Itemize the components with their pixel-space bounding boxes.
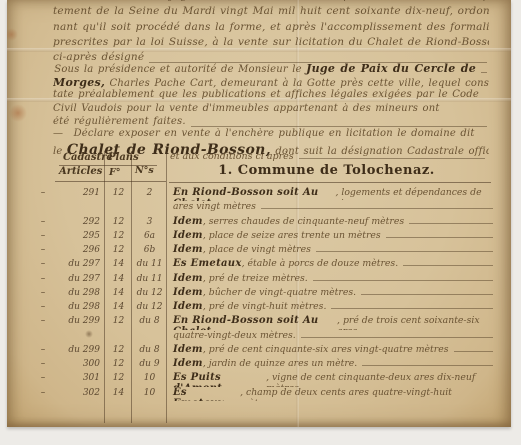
handwritten-text: Idem bbox=[173, 244, 203, 255]
table-row: –du 29714du 11Es Emetaux, étable à porcs… bbox=[31, 258, 495, 272]
numero-cell: 2 bbox=[132, 188, 167, 198]
table-row: quatre-vingt-deux mètres. bbox=[31, 330, 495, 344]
header-rule bbox=[59, 165, 157, 166]
cadastre-parcel-table: –291122En Riond-Bosson soit Au Chalet, l… bbox=[31, 187, 495, 401]
parcel-description: Es Emetaux, étable à porcs de douze mètr… bbox=[167, 258, 495, 269]
folio-cell: 12 bbox=[105, 188, 132, 198]
ruled-filler-line bbox=[386, 237, 493, 238]
ruled-filler-line bbox=[481, 72, 487, 73]
table-row: –du 29814du 12Idem, bûcher de vingt-quat… bbox=[31, 287, 495, 301]
article-number-cell: 301 bbox=[55, 373, 105, 383]
handwritten-text: , bûcher de vingt-quatre mètres. bbox=[203, 287, 356, 298]
margin-dash: – bbox=[31, 288, 55, 298]
handwritten-text: Es Puits d'Amont bbox=[173, 372, 266, 386]
handwritten-text: nant qu'il soit procédé dans la forme, e… bbox=[53, 21, 489, 33]
folio-cell: 14 bbox=[105, 388, 132, 398]
ruled-filler-line bbox=[301, 337, 493, 338]
article-number-cell: 291 bbox=[55, 188, 105, 198]
margin-dash: – bbox=[31, 302, 55, 312]
handwritten-text: Idem bbox=[173, 358, 203, 369]
handwritten-text: Idem bbox=[173, 273, 203, 284]
numero-cell: 10 bbox=[132, 388, 167, 398]
parcel-description: Idem, pré de vingt-huit mètres. bbox=[167, 301, 495, 312]
article-number-cell: du 297 bbox=[55, 274, 105, 284]
section-title-underline bbox=[169, 182, 491, 183]
parcel-description: Idem, serres chaudes de cinquante-neuf m… bbox=[167, 216, 495, 227]
handwritten-text: En exécution du jugement du Tribunal Civ… bbox=[74, 0, 489, 2]
handwritten-text: quatre-vingt-deux mètres. bbox=[173, 330, 296, 341]
handwritten-text: Charles Pache Cart, demeurant à la Gotte… bbox=[105, 78, 489, 89]
handwritten-text: , logements et dépendances de cinq bbox=[335, 187, 482, 201]
parcel-description: Idem, pré de treize mètres. bbox=[167, 273, 495, 284]
parcel-description: Idem, jardin de quinze ares un mètre. bbox=[167, 358, 495, 369]
handwritten-text: tate préalablement que les publications … bbox=[53, 89, 479, 100]
table-row: –du 29814du 12Idem, pré de vingt-huit mè… bbox=[31, 301, 495, 315]
judgment-paragraph: — En exécution du jugement du Tribunal C… bbox=[53, 0, 489, 66]
parcel-description: Idem, pré de cent cinquante-six ares vin… bbox=[167, 344, 495, 355]
presidence-paragraph: Sous la présidence et autorité de Monsie… bbox=[53, 62, 489, 130]
ruled-filler-line bbox=[361, 294, 493, 295]
article-number-cell: 295 bbox=[55, 231, 105, 241]
margin-dash: – bbox=[31, 388, 55, 398]
folio-cell: 14 bbox=[105, 259, 132, 269]
handwritten-text: , pré de trois cent soixante-six ares bbox=[337, 315, 482, 329]
handwritten-text: , pré de treize mètres. bbox=[203, 273, 308, 284]
table-row: –3021410Es Emetaux, champ de deux cents … bbox=[31, 387, 495, 401]
margin-dash: – bbox=[31, 245, 55, 255]
ruled-filler-line bbox=[454, 351, 494, 352]
handwritten-text: tement de la Seine du Mardi vingt Mai mi… bbox=[53, 5, 489, 17]
ink-stain bbox=[9, 104, 27, 122]
handwritten-text: En Riond-Bosson soit Au Chalet bbox=[173, 315, 337, 329]
handwritten-text: , pré de cent cinquante-six ares vingt-q… bbox=[203, 344, 449, 355]
handwritten-text: été régulièrement faites. bbox=[53, 116, 186, 127]
ruled-filler-line bbox=[409, 223, 493, 224]
table-row: –30012du 9Idem, jardin de quinze ares un… bbox=[31, 358, 495, 372]
handwritten-text: En Riond-Bosson soit Au Chalet bbox=[173, 187, 335, 201]
paper-sheet: — En exécution du jugement du Tribunal C… bbox=[7, 0, 511, 427]
parcel-description: Idem, bûcher de vingt-quatre mètres. bbox=[167, 287, 495, 298]
handwritten-text: Idem bbox=[173, 344, 203, 355]
table-row: –291122En Riond-Bosson soit Au Chalet, l… bbox=[31, 187, 495, 201]
numero-cell: 10 bbox=[132, 373, 167, 383]
margin-dash: – bbox=[31, 316, 55, 326]
folio-cell: 14 bbox=[105, 274, 132, 284]
margin-dash: – bbox=[31, 217, 55, 227]
table-row: –du 29714du 11Idem, pré de treize mètres… bbox=[31, 273, 495, 287]
ruled-filler-line bbox=[191, 126, 487, 127]
handwritten-text: Es Emetaux bbox=[173, 258, 242, 269]
header-rule bbox=[55, 181, 166, 182]
table-row: –3011210Es Puits d'Amont, vigne de cent … bbox=[31, 372, 495, 386]
handwritten-text: Sous la présidence et autorité de Monsie… bbox=[54, 64, 306, 75]
table-row: –296126bIdem, place de vingt mètres bbox=[31, 244, 495, 258]
parcel-description: Idem, place de seize ares trente un mètr… bbox=[167, 230, 495, 241]
table-row: –du 29912du 8En Riond-Bosson soit Au Cha… bbox=[31, 315, 495, 329]
parcel-description: Es Emetaux, champ de deux cents ares qua… bbox=[167, 387, 495, 401]
folio-cell: 12 bbox=[105, 245, 132, 255]
handwritten-text: , pré de vingt-huit mètres. bbox=[203, 301, 327, 312]
handwritten-text: ares vingt mètres bbox=[173, 201, 256, 212]
parcel-description: En Riond-Bosson soit Au Chalet, logement… bbox=[167, 187, 495, 201]
numero-cell: du 12 bbox=[132, 288, 167, 298]
article-number-cell: 296 bbox=[55, 245, 105, 255]
article-number-cell: 302 bbox=[55, 388, 105, 398]
article-number-cell: 292 bbox=[55, 217, 105, 227]
parcel-description: En Riond-Bosson soit Au Chalet, pré de t… bbox=[167, 315, 495, 329]
parcel-description: ares vingt mètres bbox=[167, 201, 495, 212]
margin-dash: – bbox=[31, 259, 55, 269]
handwritten-text: Civil Vaudois pour la vente d'immeubles … bbox=[53, 103, 440, 114]
parcel-description: Es Puits d'Amont, vigne de cent cinquant… bbox=[167, 372, 495, 386]
table-row: –295126aIdem, place de seize ares trente… bbox=[31, 230, 495, 244]
margin-dash: – bbox=[31, 188, 55, 198]
numero-cell: du 11 bbox=[132, 274, 167, 284]
ruled-filler-line bbox=[331, 308, 493, 309]
article-number-cell: du 297 bbox=[55, 259, 105, 269]
numero-cell: 6a bbox=[132, 231, 167, 241]
folio-cell: 12 bbox=[105, 359, 132, 369]
table-row: –du 29912du 8Idem, pré de cent cinquante… bbox=[31, 344, 495, 358]
folio-cell: 12 bbox=[105, 373, 132, 383]
folio-cell: 14 bbox=[105, 288, 132, 298]
article-number-cell: du 299 bbox=[55, 316, 105, 326]
handwritten-text: , place de seize ares trente un mètres bbox=[203, 230, 381, 241]
margin-dash: – bbox=[31, 345, 55, 355]
handwritten-text: — bbox=[53, 0, 74, 2]
folio-column-header: F° bbox=[109, 167, 121, 178]
parcel-description: quatre-vingt-deux mètres. bbox=[167, 330, 495, 341]
table-row: ares vingt mètres bbox=[31, 201, 495, 215]
handwritten-text: Idem bbox=[173, 301, 203, 312]
ruled-filler-line bbox=[403, 265, 493, 266]
folio-cell: 12 bbox=[105, 217, 132, 227]
table-row: –292123Idem, serres chaudes de cinquante… bbox=[31, 216, 495, 230]
handwritten-text: Morges, bbox=[53, 76, 105, 89]
handwritten-text: Idem bbox=[173, 230, 203, 241]
numero-column-header: N°s bbox=[135, 165, 154, 176]
commune-section-title: 1. Commune de Tolochenaz. bbox=[169, 163, 484, 178]
handwritten-text: , serres chaudes de cinquante-neuf mètre… bbox=[203, 216, 404, 227]
numero-cell: du 8 bbox=[132, 316, 167, 326]
numero-cell: du 11 bbox=[132, 259, 167, 269]
article-number-cell: du 299 bbox=[55, 345, 105, 355]
article-number-cell: 300 bbox=[55, 359, 105, 369]
folio-cell: 12 bbox=[105, 231, 132, 241]
parcel-description: Idem, place de vingt mètres bbox=[167, 244, 495, 255]
ruled-filler-line bbox=[313, 280, 493, 281]
conditions-text: et aux conditions ci après bbox=[170, 151, 294, 162]
margin-dash: – bbox=[31, 274, 55, 284]
handwritten-text: Déclare exposer en vente à l'enchère pub… bbox=[74, 128, 475, 139]
ink-stain bbox=[7, 28, 18, 41]
handwritten-text: Idem bbox=[173, 216, 203, 227]
ruled-filler-line bbox=[299, 158, 485, 159]
article-number-cell: du 298 bbox=[55, 288, 105, 298]
folio-cell: 12 bbox=[105, 345, 132, 355]
handwritten-text: Es Emetaux bbox=[173, 387, 240, 401]
handwritten-text: , étable à porcs de douze mètres. bbox=[242, 258, 399, 269]
handwritten-text: , jardin de quinze ares un mètre. bbox=[203, 358, 357, 369]
conditions-line: et aux conditions ci après bbox=[170, 151, 487, 162]
margin-dash: – bbox=[31, 359, 55, 369]
ruled-filler-line bbox=[316, 251, 493, 252]
numero-cell: 6b bbox=[132, 245, 167, 255]
cadastre-column-header: Cadastre bbox=[63, 152, 113, 163]
handwritten-text: , champ de deux cents ares quatre-vingt-… bbox=[240, 387, 482, 401]
ruled-filler-line bbox=[261, 208, 493, 209]
plans-column-header: Plans bbox=[108, 152, 139, 163]
numero-cell: du 12 bbox=[132, 302, 167, 312]
handwritten-text: , place de vingt mètres bbox=[203, 244, 311, 255]
ruled-filler-line bbox=[362, 365, 493, 366]
handwritten-text: , vigne de cent cinquante-deux ares dix-… bbox=[266, 372, 495, 386]
handwritten-text: — bbox=[53, 128, 74, 139]
folio-cell: 14 bbox=[105, 302, 132, 312]
handwritten-text: Idem bbox=[173, 287, 203, 298]
scanned-document-page: — En exécution du jugement du Tribunal C… bbox=[0, 0, 521, 445]
handwritten-text: Juge de Paix du Cercle de bbox=[306, 62, 476, 75]
folio-cell: 12 bbox=[105, 316, 132, 326]
numero-cell: du 8 bbox=[132, 345, 167, 355]
article-number-cell: du 298 bbox=[55, 302, 105, 312]
numero-cell: du 9 bbox=[132, 359, 167, 369]
margin-dash: – bbox=[31, 231, 55, 241]
margin-dash: – bbox=[31, 373, 55, 383]
articles-column-header: Articles bbox=[59, 166, 102, 177]
handwritten-text: prescrites par la loi Suisse, à la vente… bbox=[53, 36, 489, 48]
numero-cell: 3 bbox=[132, 217, 167, 227]
